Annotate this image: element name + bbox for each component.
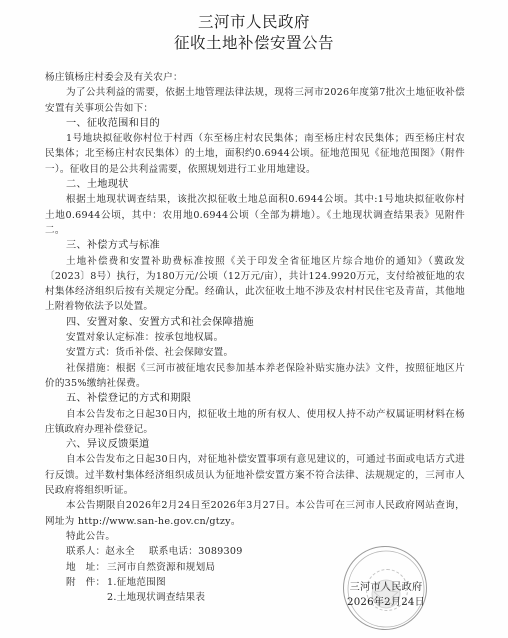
- section-6-heading: 六、异议反馈渠道: [45, 437, 465, 452]
- contact-person-label: 联系人：: [66, 546, 105, 557]
- addressee: 杨庄镇杨庄村委会及有关农户：: [45, 70, 465, 85]
- document-title: 征收土地补偿安置公告: [0, 31, 508, 53]
- section-4-paragraph-3: 社保措施：根据《三河市被征地农民参加基本养老保险补贴实施办法》文件，按照征地区片…: [45, 361, 465, 392]
- attachments-label: 附 件：: [66, 575, 107, 590]
- intro-paragraph: 为了公共利益的需要，依据土地管理法律法规，现将三河市2026年度第7批次土地征收…: [45, 85, 465, 116]
- contact-phone: 3089309: [198, 546, 242, 557]
- section-4-paragraph-2: 安置方式：货币补偿、社会保障安置。: [45, 345, 465, 360]
- address-label: 地 址：: [66, 560, 107, 575]
- announcement-page: 三河市人民政府 征收土地补偿安置公告 杨庄镇杨庄村委会及有关农户： 为了公共利益…: [0, 0, 508, 638]
- section-5-paragraph: 自本公告发布之日起30日内，拟征收土地的所有权人、使用权人持不动产权属证明材料在…: [45, 407, 465, 438]
- section-1-paragraph: 1号地块拟征收你村位于村西（东至杨庄村农民集体；南至杨庄村农民集体；西至杨庄村农…: [45, 131, 465, 177]
- issuer-title: 三河市人民政府: [0, 10, 508, 32]
- section-1-heading: 一、征收范围和目的: [45, 116, 465, 131]
- section-6-paragraph: 自本公告发布之日起30日内，对征地补偿安置事项有意见建议的，可通过书面或电话方式…: [45, 452, 465, 498]
- contact-phone-label: 联系电话：: [149, 546, 198, 557]
- section-4-heading: 四、安置对象、安置方式和社会保障措施: [45, 315, 465, 330]
- signature-date: 2026年2月24日: [336, 593, 436, 608]
- period-paragraph: 本公告期限自2026年2月24日至2026年3月27日。本公告可在三河市人民政府…: [45, 498, 465, 529]
- contact-person: 赵永全: [105, 546, 135, 557]
- section-2-paragraph: 根据土地现状调查结果，该批次拟征收土地总面积0.6944公顷。其中:1号地块拟征…: [45, 192, 465, 238]
- section-3-paragraph: 土地补偿费和安置补助费标准按照《关于印发全省征地区片综合地价的通知》（冀政发〔2…: [45, 254, 465, 315]
- document-body: 杨庄镇杨庄村委会及有关农户： 为了公共利益的需要，依据土地管理法律法规，现将三河…: [45, 70, 465, 605]
- signature-org: 三河市人民政府: [336, 578, 436, 593]
- closing-line: 特此公告。: [45, 529, 465, 544]
- section-5-heading: 五、补偿登记的方式和期限: [45, 391, 465, 406]
- address-value: 三河市自然资源和规划局: [107, 562, 215, 573]
- section-4-paragraph-1: 安置对象认定标准：按承包地权属。: [45, 330, 465, 345]
- section-2-heading: 二、土地现状: [45, 177, 465, 192]
- section-3-heading: 三、补偿方式与标准: [45, 238, 465, 253]
- attachment-1: 1.征地范围图: [107, 577, 166, 588]
